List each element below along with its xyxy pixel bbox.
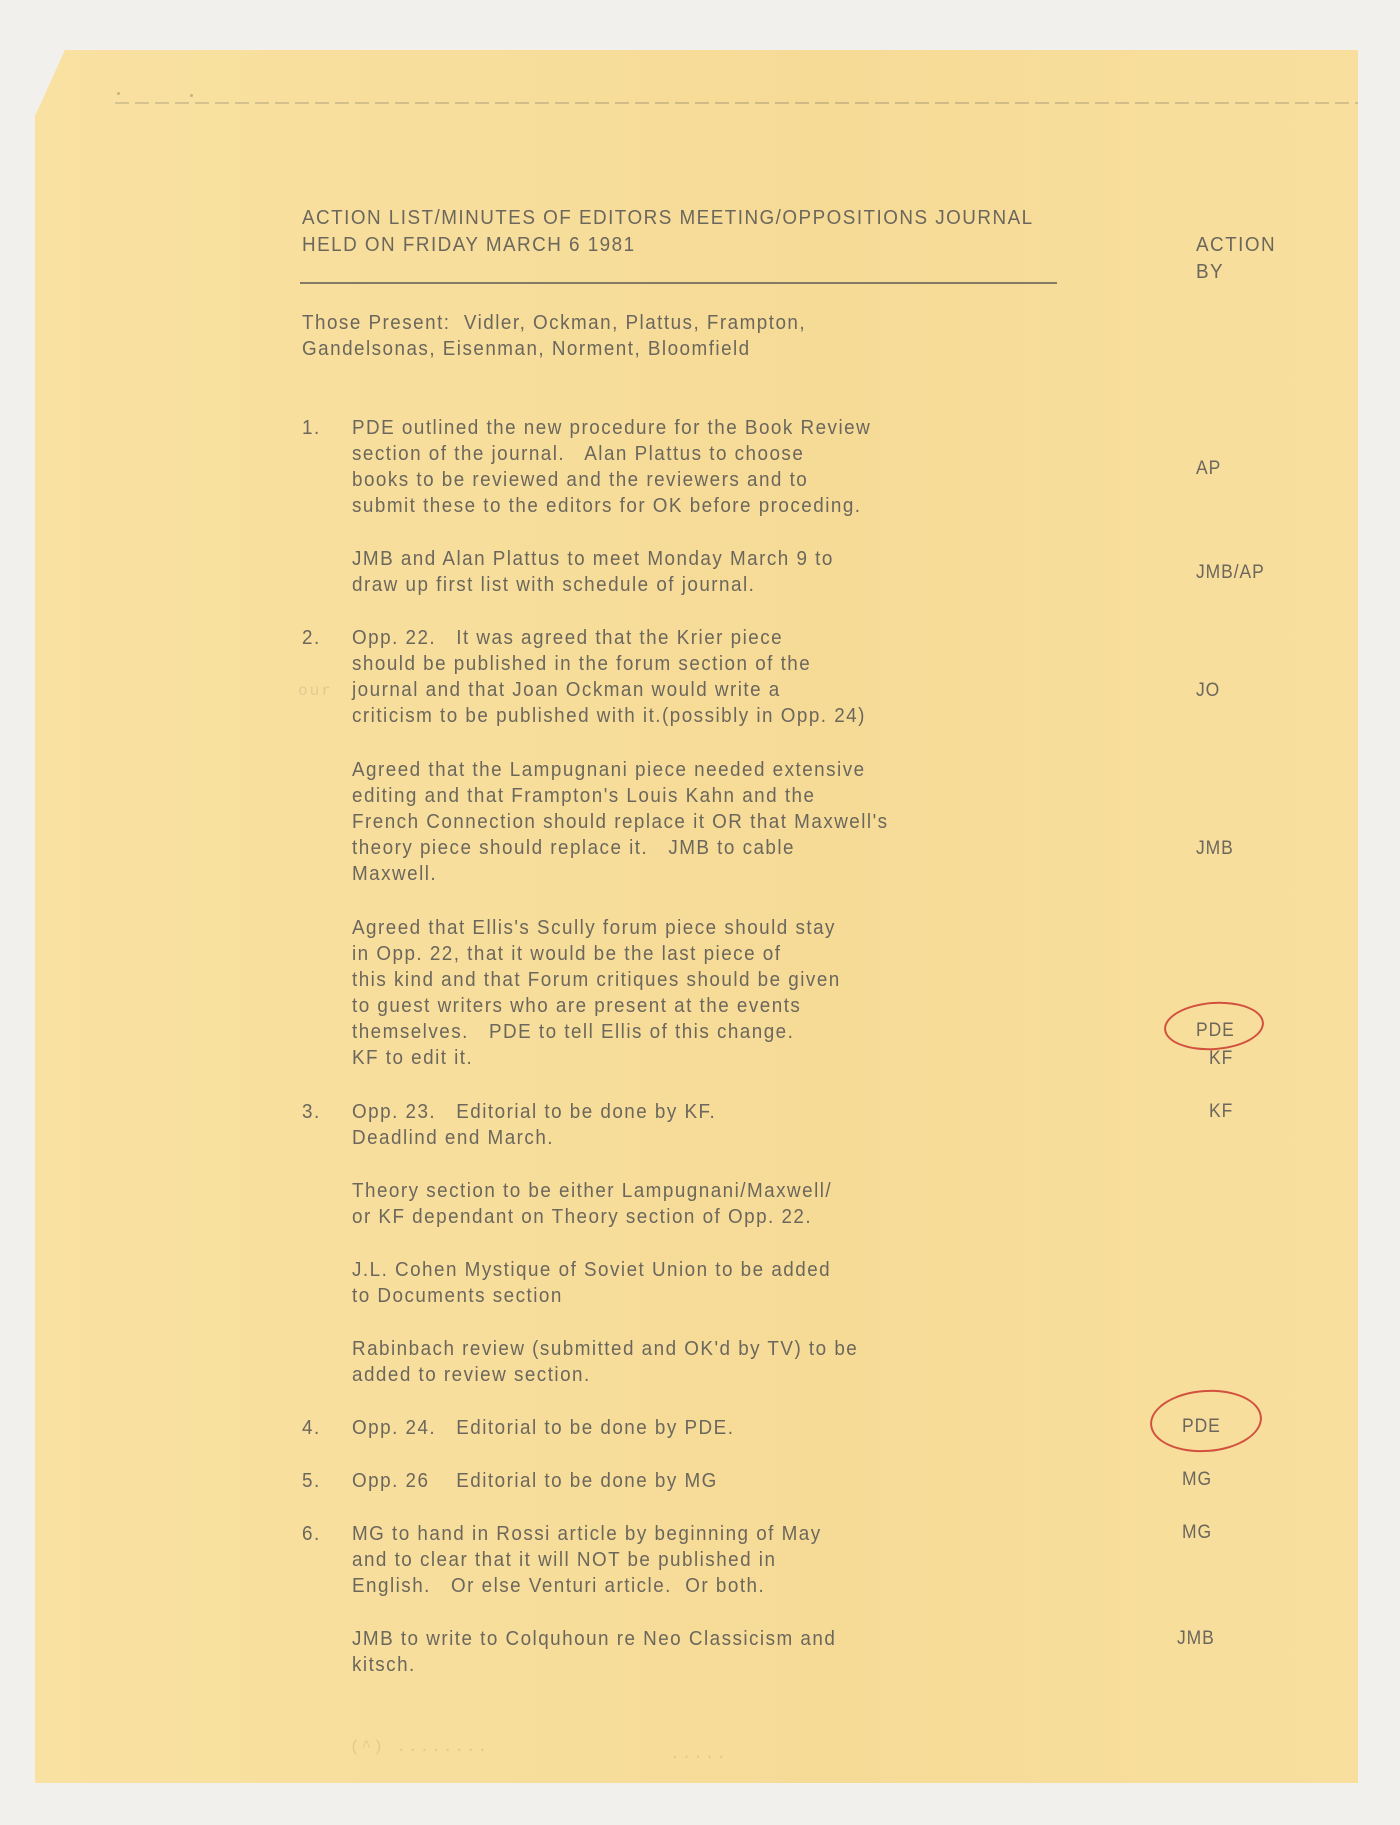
item-number: 6. [302,1521,321,1547]
item-line: this kind and that Forum critiques shoul… [352,967,841,993]
heading-divider [300,282,1057,284]
action-by-header-line-2: BY [1196,259,1224,285]
item-line: Theory section to be either Lampugnani/M… [352,1178,832,1204]
action-by-label: JMB [1196,838,1234,860]
item-line: Maxwell. [352,861,437,887]
item-line: Rabinbach review (submitted and OK'd by … [352,1336,858,1362]
faint-strikethrough-text: our [298,682,333,700]
item-line: English. Or else Venturi article. Or bot… [352,1573,765,1599]
item-line: KF to edit it. [352,1045,473,1071]
action-by-label: MG [1182,1469,1212,1491]
item-line: criticism to be published with it.(possi… [352,703,866,729]
item-line: added to review section. [352,1362,591,1388]
heading-line-2: HELD ON FRIDAY MARCH 6 1981 [302,232,636,258]
item-line: Agreed that Ellis's Scully forum piece s… [352,915,836,941]
top-edge-trace [115,102,1365,104]
item-line: Agreed that the Lampugnani piece needed … [352,757,866,783]
item-line: editing and that Frampton's Louis Kahn a… [352,783,815,809]
action-by-label: JO [1196,680,1220,702]
item-line: should be published in the forum section… [352,651,811,677]
action-by-label: JMB/AP [1196,562,1265,584]
item-line: or KF dependant on Theory section of Opp… [352,1204,812,1230]
item-line: to guest writers who are present at the … [352,993,801,1019]
item-line: French Connection should replace it OR t… [352,809,889,835]
item-line: to Documents section [352,1283,563,1309]
item-line: kitsch. [352,1652,416,1678]
item-line: JMB to write to Colquhoun re Neo Classic… [352,1626,836,1652]
action-by-label-circled: PDE [1182,1416,1221,1438]
action-by-label: KF [1209,1101,1233,1123]
action-by-label: MG [1182,1522,1212,1544]
item-number: 5. [302,1468,321,1494]
show-through-text: (^) ........ [350,1738,489,1756]
show-through-text: ..... [670,1745,728,1763]
heading-line-1: ACTION LIST/MINUTES OF EDITORS MEETING/O… [302,205,1034,231]
present-line-1: Those Present: Vidler, Ockman, Plattus, … [302,310,806,336]
paper-speck [190,94,193,97]
action-by-label-circled: PDE [1196,1020,1235,1042]
item-line: and to clear that it will NOT be publish… [352,1547,776,1573]
action-by-label: AP [1196,458,1221,480]
item-line: theory piece should replace it. JMB to c… [352,835,795,861]
present-line-2: Gandelsonas, Eisenman, Norment, Bloomfie… [302,336,751,362]
action-by-label: JMB [1177,1628,1215,1650]
item-line: draw up first list with schedule of jour… [352,572,755,598]
item-line: journal and that Joan Ockman would write… [352,677,781,703]
paper-speck [117,92,120,95]
item-line: in Opp. 22, that it would be the last pi… [352,941,781,967]
item-number: 4. [302,1415,321,1441]
item-line: JMB and Alan Plattus to meet Monday Marc… [352,546,834,572]
item-number: 1. [302,415,321,441]
action-by-header-line-1: ACTION [1196,232,1276,258]
action-by-label-secondary: KF [1209,1048,1233,1070]
item-line: PDE outlined the new procedure for the B… [352,415,871,441]
item-line: Opp. 26 Editorial to be done by MG [352,1468,718,1494]
item-number: 2. [302,625,321,651]
item-line: themselves. PDE to tell Ellis of this ch… [352,1019,794,1045]
item-line: Opp. 23. Editorial to be done by KF. [352,1099,716,1125]
item-line: books to be reviewed and the reviewers a… [352,467,808,493]
item-line: MG to hand in Rossi article by beginning… [352,1521,822,1547]
item-line: section of the journal. Alan Plattus to … [352,441,804,467]
item-line: J.L. Cohen Mystique of Soviet Union to b… [352,1257,831,1283]
item-line: Deadlind end March. [352,1125,554,1151]
item-line: Opp. 24. Editorial to be done by PDE. [352,1415,734,1441]
item-number: 3. [302,1099,321,1125]
item-line: Opp. 22. It was agreed that the Krier pi… [352,625,783,651]
item-line: submit these to the editors for OK befor… [352,493,862,519]
